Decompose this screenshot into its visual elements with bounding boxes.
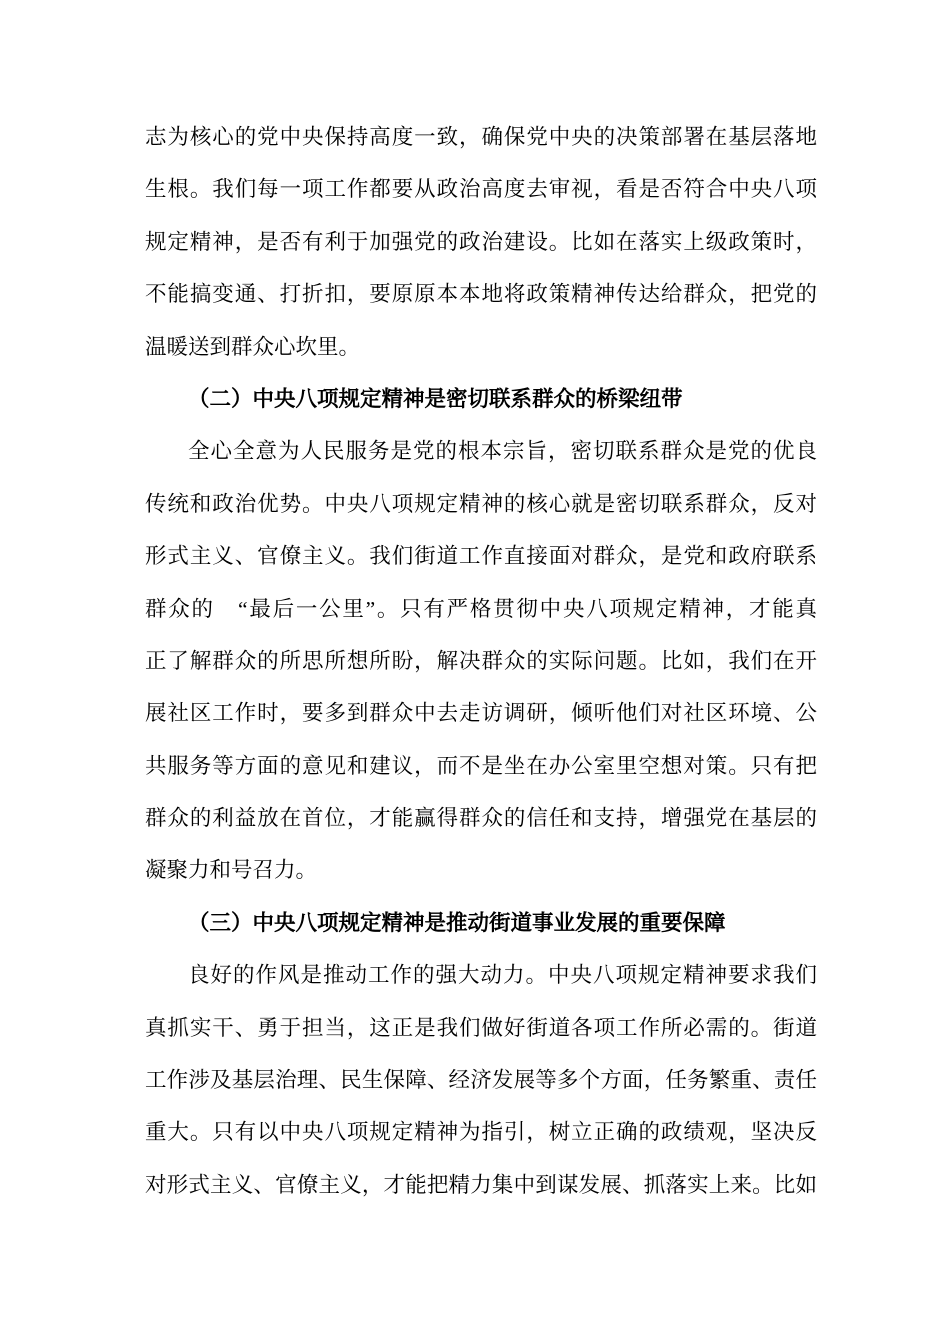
- text-line: 重大。只有以中央八项规定精神为指引，树立正确的政绩观，坚决反: [145, 1106, 817, 1158]
- text-line: 规定精神，是否有利于加强党的政治建设。比如在落实上级政策时，: [145, 216, 817, 268]
- heading-line: （二）中央八项规定精神是密切联系群众的桥梁纽带: [145, 373, 817, 425]
- text-line: 全心全意为人民服务是党的根本宗旨，密切联系群众是党的优良: [145, 425, 817, 477]
- text-line: 展社区工作时，要多到群众中去走访调研，倾听他们对社区环境、公: [145, 687, 817, 739]
- section-heading: （二）中央八项规定精神是密切联系群众的桥梁纽带: [145, 373, 817, 425]
- paragraph: 志为核心的党中央保持高度一致，确保党中央的决策部署在基层落地生根。我们每一项工作…: [145, 111, 817, 373]
- paragraph: 良好的作风是推动工作的强大动力。中央八项规定精神要求我们真抓实干、勇于担当，这正…: [145, 949, 817, 1211]
- text-line: 群众的 “最后一公里”。只有严格贯彻中央八项规定精神，才能真: [145, 583, 817, 635]
- text-line: 良好的作风是推动工作的强大动力。中央八项规定精神要求我们: [145, 949, 817, 1001]
- document-page: 志为核心的党中央保持高度一致，确保党中央的决策部署在基层落地生根。我们每一项工作…: [0, 0, 950, 1344]
- text-line: 志为核心的党中央保持高度一致，确保党中央的决策部署在基层落地: [145, 111, 817, 163]
- text-line: 凝聚力和号召力。: [145, 844, 817, 896]
- text-line: 温暖送到群众心坎里。: [145, 321, 817, 373]
- text-line: 形式主义、官僚主义。我们街道工作直接面对群众，是党和政府联系: [145, 530, 817, 582]
- text-line: 共服务等方面的意见和建议，而不是坐在办公室里空想对策。只有把: [145, 740, 817, 792]
- text-line: 不能搞变通、打折扣，要原原本本地将政策精神传达给群众，把党的: [145, 268, 817, 320]
- text-line: 传统和政治优势。中央八项规定精神的核心就是密切联系群众，反对: [145, 478, 817, 530]
- heading-line: （三）中央八项规定精神是推动街道事业发展的重要保障: [145, 897, 817, 949]
- text-line: 群众的利益放在首位，才能赢得群众的信任和支持，增强党在基层的: [145, 792, 817, 844]
- text-line: 真抓实干、勇于担当，这正是我们做好街道各项工作所必需的。街道: [145, 1002, 817, 1054]
- text-line: 对形式主义、官僚主义，才能把精力集中到谋发展、抓落实上来。比如: [145, 1159, 817, 1211]
- section-heading: （三）中央八项规定精神是推动街道事业发展的重要保障: [145, 897, 817, 949]
- text-line: 工作涉及基层治理、民生保障、经济发展等多个方面，任务繁重、责任: [145, 1054, 817, 1106]
- paragraph: 全心全意为人民服务是党的根本宗旨，密切联系群众是党的优良传统和政治优势。中央八项…: [145, 425, 817, 897]
- text-line: 生根。我们每一项工作都要从政治高度去审视，看是否符合中央八项: [145, 163, 817, 215]
- text-line: 正了解群众的所思所想所盼，解决群众的实际问题。比如，我们在开: [145, 635, 817, 687]
